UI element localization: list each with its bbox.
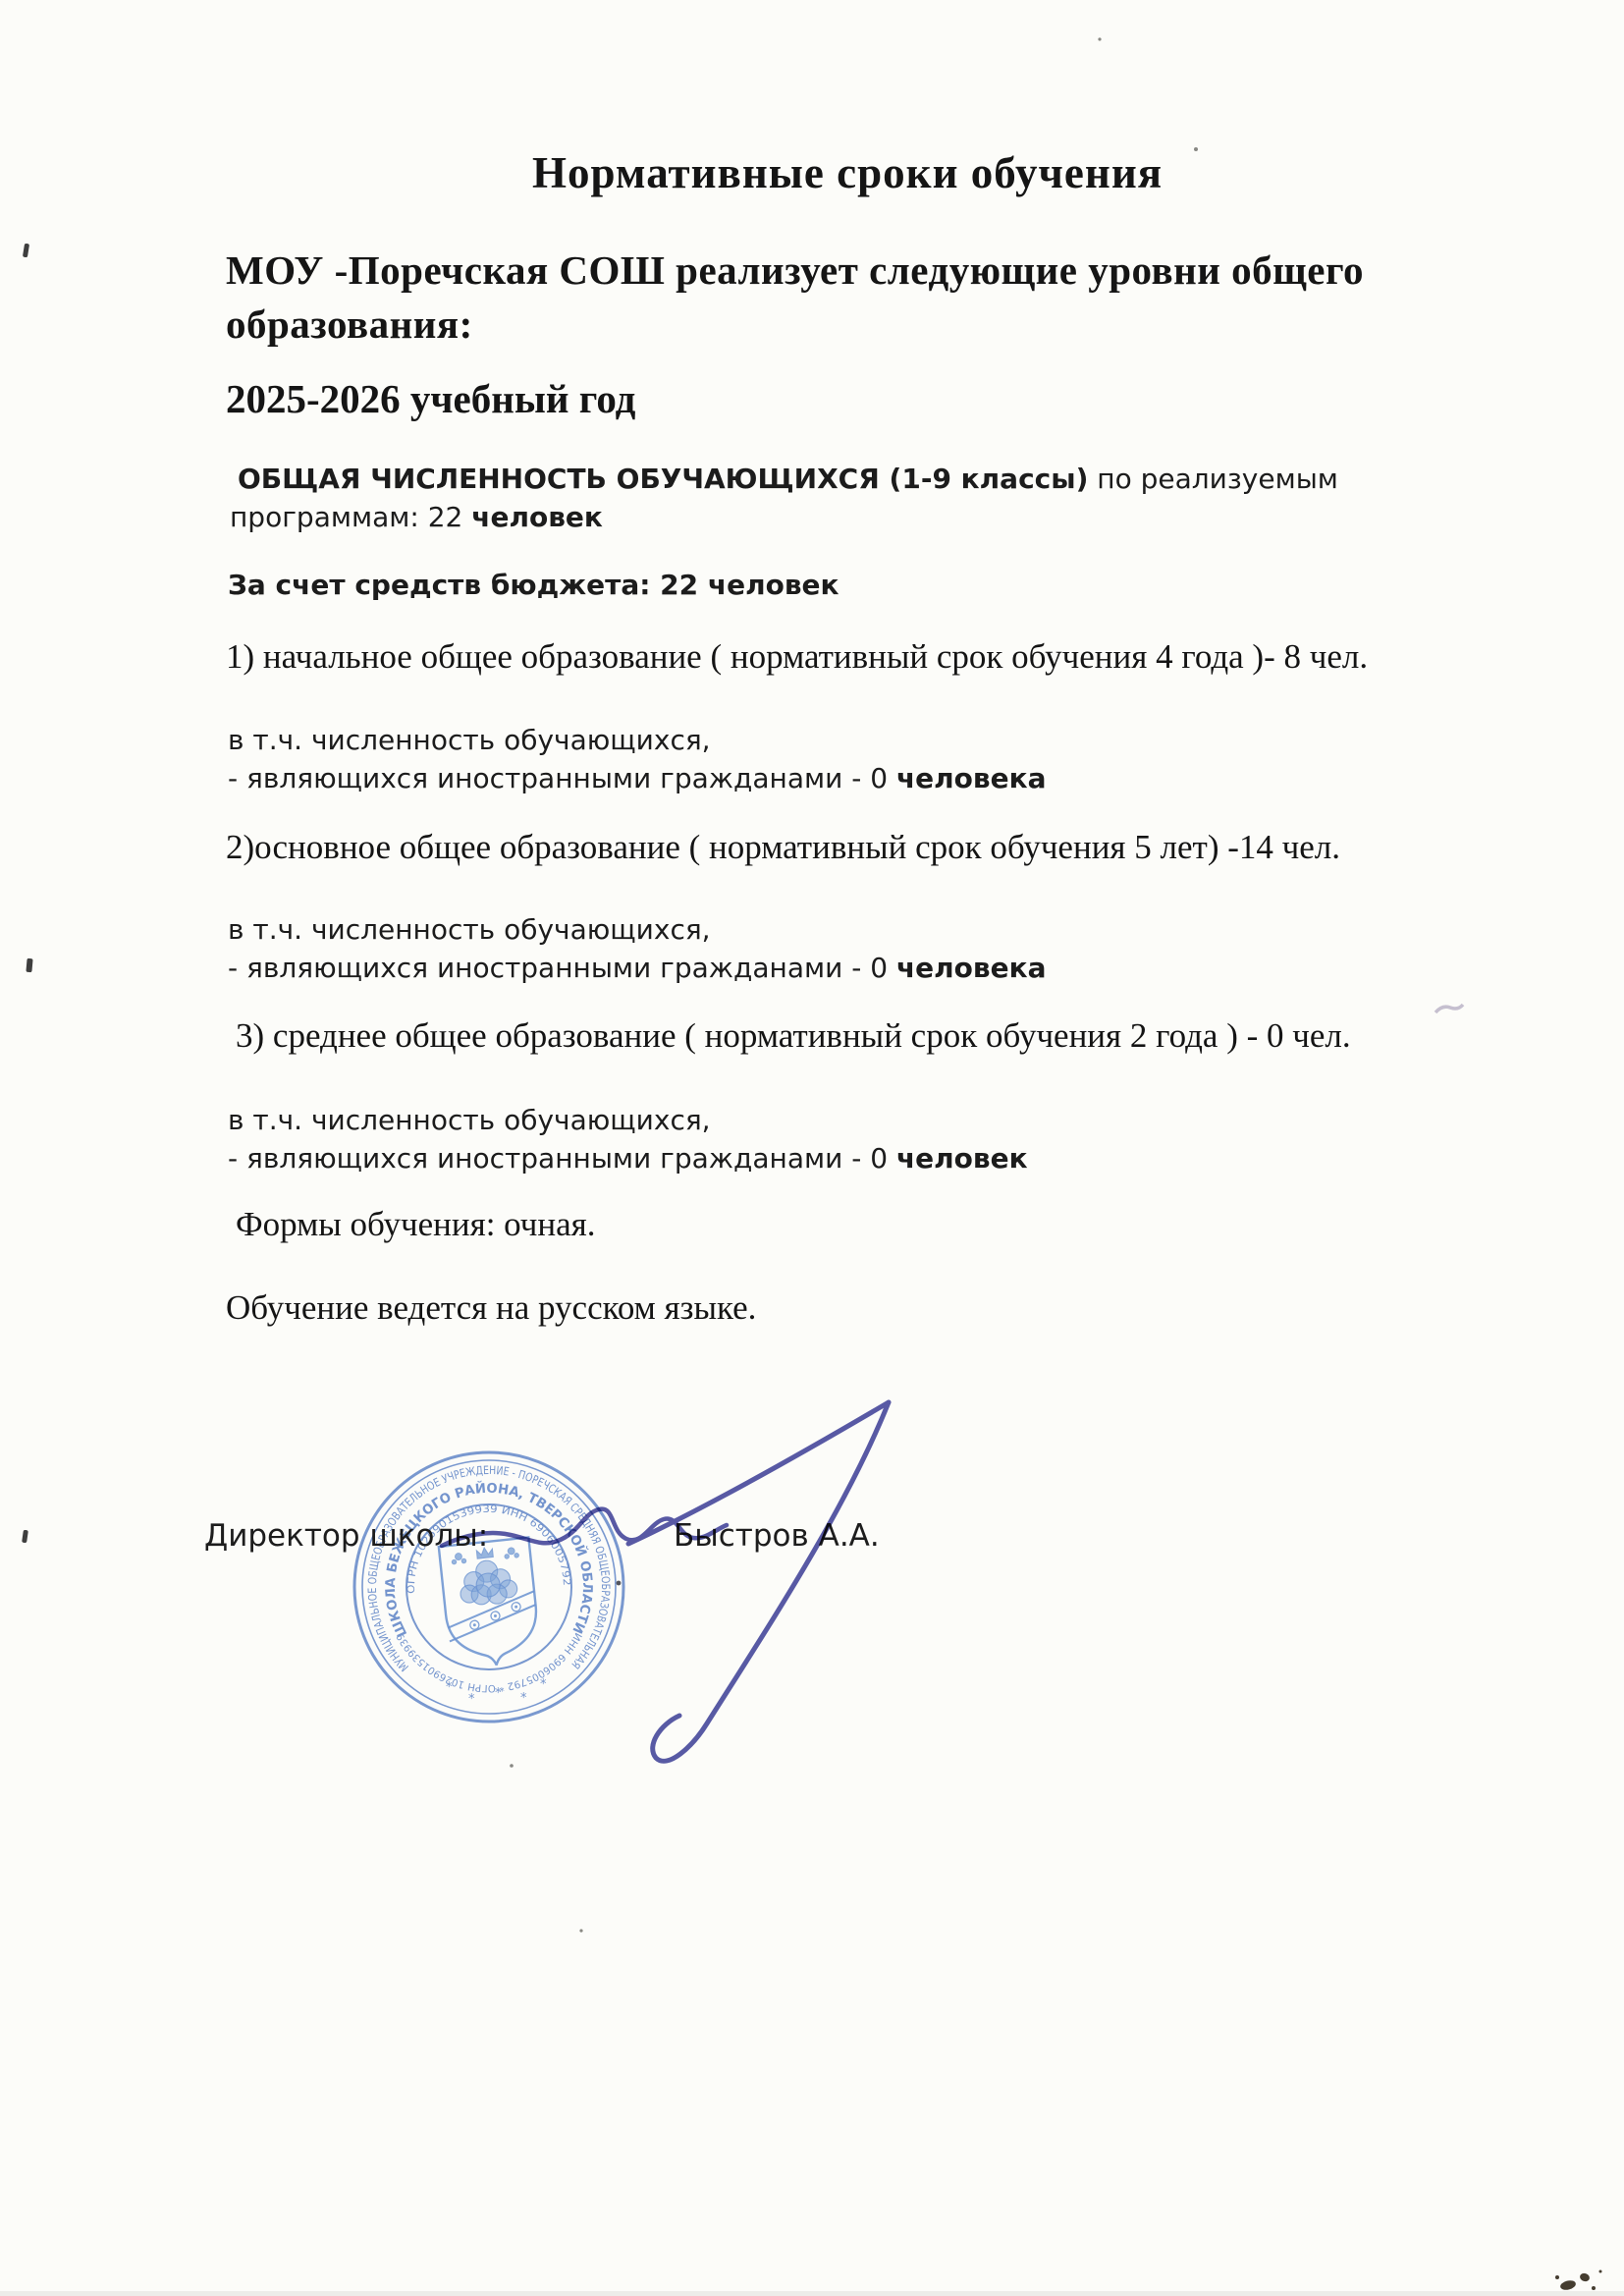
edge-tick-artifact-3	[22, 1530, 28, 1544]
intro-paragraph: МОУ -Поречская СОШ реализует следующие у…	[226, 244, 1364, 352]
foreign-note-3-line-2: - являющихся иностранными гражданами - 0…	[228, 1139, 1028, 1177]
foreign-note-3-bold: человек	[896, 1142, 1028, 1175]
intro-line-2: образования:	[226, 298, 1364, 352]
foreign-note-1-line-1: в т.ч. численность обучающихся,	[228, 721, 1047, 759]
stamp-coat-of-arms	[439, 1537, 542, 1669]
foreign-note-2-line-1: в т.ч. численность обучающихся,	[228, 910, 1047, 949]
enrollment-programs-label: программам:	[230, 501, 428, 533]
foreign-note-3: в т.ч. численность обучающихся, - являющ…	[228, 1101, 1028, 1177]
smudge-artifact	[1435, 1005, 1463, 1012]
director-label: Директор школы:	[204, 1518, 488, 1554]
ink-blot-artifact	[1555, 2270, 1602, 2292]
enrollment-tail: по реализуемым	[1088, 463, 1338, 495]
foreign-note-2-text: - являющихся иностранными гражданами - 0	[228, 952, 896, 984]
scanned-document-page: Нормативные сроки обучения МОУ -Поречска…	[0, 0, 1624, 2296]
foreign-note-3-line-1: в т.ч. численность обучающихся,	[228, 1101, 1028, 1139]
foreign-note-1-bold: человека	[896, 762, 1047, 794]
enrollment-count: 22	[428, 501, 472, 533]
director-name: Быстров А.А.	[674, 1518, 880, 1554]
foreign-note-1-text: - являющихся иностранными гражданами - 0	[228, 762, 896, 794]
school-stamp: МУНИЦИПАЛЬНОЕ ОБЩЕОБРАЗОВАТЕЛЬНОЕ УЧРЕЖД…	[348, 1446, 630, 1728]
stamp-asterisk-3: *	[495, 1686, 502, 1701]
foreign-note-2-line-2: - являющихся иностранными гражданами - 0…	[228, 949, 1047, 987]
stamp-asterisk-2: *	[468, 1692, 475, 1707]
enrollment-block: ОБЩАЯ ЧИСЛЕННОСТЬ ОБУЧАЮЩИХСЯ (1-9 класс…	[230, 460, 1338, 536]
edge-tick-artifact-1	[23, 244, 29, 258]
foreign-note-1: в т.ч. численность обучающихся, - являющ…	[228, 721, 1047, 797]
budget-line: За счет средств бюджета: 22 человек	[228, 569, 839, 601]
edge-tick-artifact-2	[26, 958, 32, 972]
enrollment-line-1: ОБЩАЯ ЧИСЛЕННОСТЬ ОБУЧАЮЩИХСЯ (1-9 класс…	[230, 460, 1338, 498]
education-level-2: 2)основное общее образование ( нормативн…	[226, 828, 1340, 867]
enrollment-bold-lead: ОБЩАЯ ЧИСЛЕННОСТЬ ОБУЧАЮЩИХСЯ (1-9 класс…	[230, 463, 1088, 495]
signature-descender	[653, 1402, 889, 1761]
foreign-note-2: в т.ч. численность обучающихся, - являющ…	[228, 910, 1047, 987]
page-title: Нормативные сроки обучения	[532, 147, 1163, 198]
education-level-3: 3) среднее общее образование ( нормативн…	[226, 1016, 1351, 1056]
foreign-note-1-line-2: - являющихся иностранными гражданами - 0…	[228, 759, 1047, 797]
enrollment-unit: человек	[471, 501, 603, 533]
foreign-note-3-text: - являющихся иностранными гражданами - 0	[228, 1142, 896, 1175]
forms-line: Формы обучения: очная.	[226, 1205, 596, 1244]
foreign-note-2-bold: человека	[896, 952, 1047, 984]
education-level-1: 1) начальное общее образование ( нормати…	[226, 637, 1368, 677]
language-line: Обучение ведется на русском языке.	[226, 1288, 756, 1328]
intro-line-1: МОУ -Поречская СОШ реализует следующие у…	[226, 244, 1364, 298]
stamp-asterisk-1: *	[446, 1680, 453, 1695]
school-year-heading: 2025-2026 учебный год	[226, 375, 635, 422]
enrollment-line-2: программам: 22 человек	[230, 498, 1338, 536]
stamp-asterisk-5: *	[540, 1677, 547, 1692]
stamp-asterisk-4: *	[520, 1691, 527, 1706]
